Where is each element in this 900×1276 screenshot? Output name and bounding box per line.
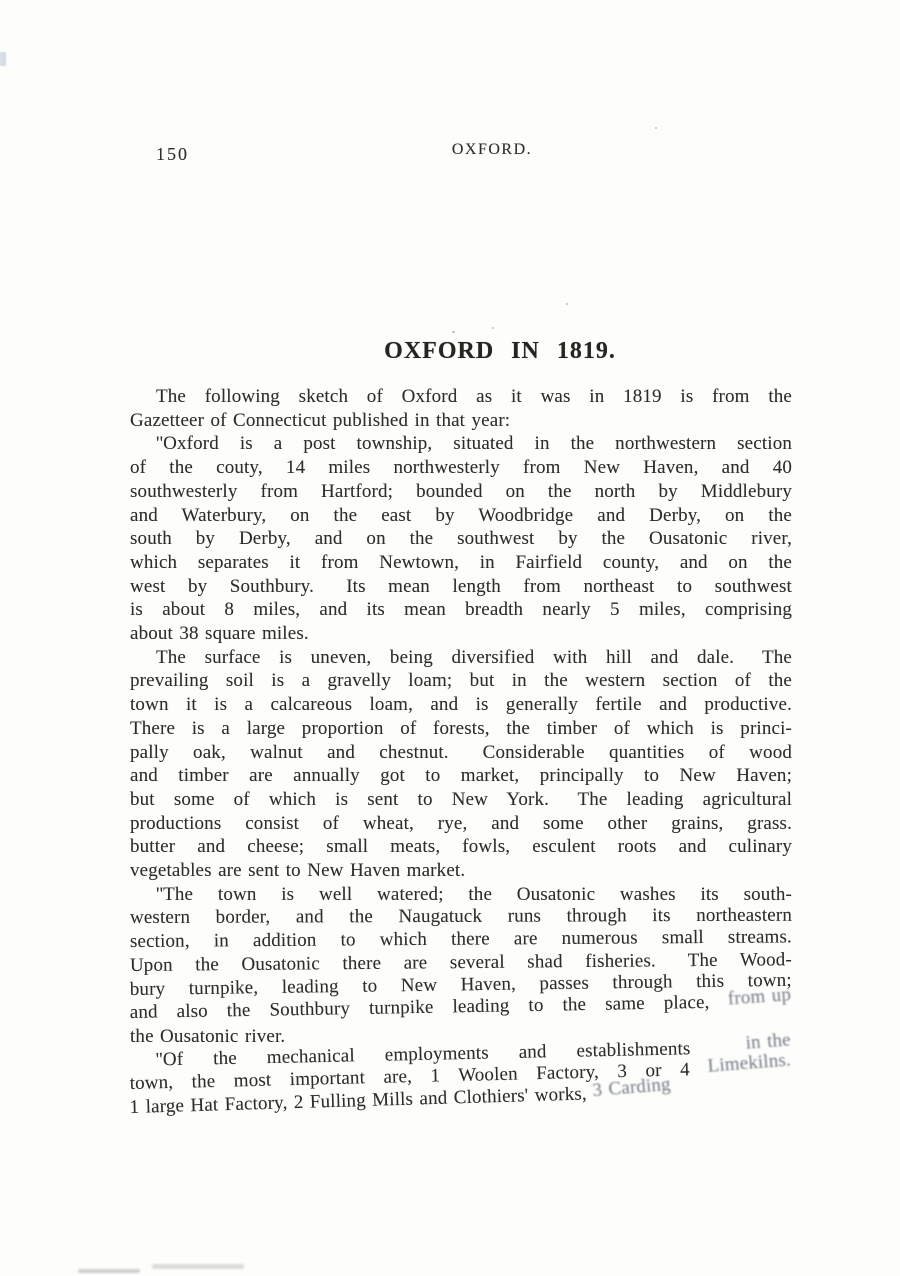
paragraph: ''Of the mechanical employments and esta… [130, 1049, 792, 1120]
text-line-content: Gazetteer of Connecticut published in th… [130, 410, 510, 431]
text-line-content: pally oak, walnut and chestnut. Consider… [130, 742, 792, 763]
text-line: southwesterly from Hartford; bounded on … [130, 480, 792, 504]
chapter-title: OXFORD IN 1819. [100, 338, 900, 365]
text-line: vegetables are sent to New Haven market. [130, 859, 792, 883]
text-line-content: The following sketch of Oxford as it was… [156, 386, 792, 407]
text-line: There is a large proportion of forests, … [130, 717, 792, 741]
text-line-content: which separates it from Newtown, in Fair… [130, 552, 792, 573]
text-line: and timber are annually got to market, p… [130, 764, 792, 788]
text-line-content: prevailing soil is a gravelly loam; but … [130, 670, 792, 691]
paragraph: The following sketch of Oxford as it was… [130, 385, 792, 432]
text-line-content: There is a large proportion of forests, … [130, 718, 792, 739]
text-line-content: butter and cheese; small meats, fowls, e… [130, 836, 792, 857]
running-header: OXFORD. [84, 141, 900, 159]
text-line: The surface is uneven, being diversified… [130, 646, 792, 670]
text-line-content: southwesterly from Hartford; bounded on … [130, 481, 792, 502]
text-line: south by Derby, and on the southwest by … [130, 527, 792, 551]
scan-speck [566, 303, 568, 305]
scan-speck [655, 127, 657, 129]
text-line-content: western border, and the Naugatuck runs t… [130, 905, 792, 928]
scanned-book-page: 150 OXFORD. OXFORD IN 1819. The followin… [0, 0, 900, 1276]
text-line: butter and cheese; small meats, fowls, e… [130, 835, 792, 859]
faded-print: Limekilns. [706, 1049, 791, 1079]
scan-speck [492, 327, 494, 329]
text-line: of the couty, 14 miles northwesterly fro… [130, 456, 792, 480]
text-line-content: but some of which is sent to New York. T… [130, 789, 792, 810]
scan-edge-mark [0, 52, 6, 66]
text-line-content: the Ousatonic river. [130, 1026, 285, 1047]
text-line: ''The town is well watered; the Ousatoni… [130, 883, 792, 907]
text-line-content: west by Southbury. Its mean length from … [130, 576, 792, 597]
text-line: town it is a calcareous loam, and is gen… [130, 693, 792, 717]
text-line-content: of the couty, 14 miles northwesterly fro… [130, 457, 792, 478]
text-line: which separates it from Newtown, in Fair… [130, 551, 792, 575]
text-line: productions consist of wheat, rye, and s… [130, 812, 792, 836]
text-line-content: productions consist of wheat, rye, and s… [130, 813, 792, 834]
text-line-content: town it is a calcareous loam, and is gen… [130, 694, 792, 715]
text-line-content: ''Oxford is a post township, situated in… [156, 433, 792, 454]
text-line: prevailing soil is a gravelly loam; but … [130, 669, 792, 693]
text-block: The following sketch of Oxford as it was… [130, 385, 792, 1120]
paragraph: The surface is uneven, being diversified… [130, 646, 792, 883]
text-line-content: and timber are annually got to market, p… [130, 765, 792, 786]
text-line: pally oak, walnut and chestnut. Consider… [130, 741, 792, 765]
text-line: Gazetteer of Connecticut published in th… [130, 409, 792, 433]
text-line: The following sketch of Oxford as it was… [130, 385, 792, 409]
scan-smudge [152, 1264, 244, 1269]
faded-print: 3 Carding [591, 1073, 671, 1103]
text-line-content: vegetables are sent to New Haven market. [130, 860, 465, 881]
text-line-content: and Waterbury, on the east by Woodbridge… [130, 505, 792, 526]
text-line-content: ''The town is well watered; the Ousatoni… [156, 884, 792, 905]
text-line-content: is about 8 miles, and its mean breadth n… [130, 599, 792, 620]
text-line-content: south by Derby, and on the southwest by … [130, 528, 792, 549]
text-line: and Waterbury, on the east by Woodbridge… [130, 504, 792, 528]
text-line: ''Oxford is a post township, situated in… [130, 432, 792, 456]
text-line: but some of which is sent to New York. T… [130, 788, 792, 812]
faded-print: from up [727, 983, 792, 1011]
paragraph: ''Oxford is a post township, situated in… [130, 432, 792, 645]
scan-speck [452, 331, 455, 333]
text-line-content: The surface is uneven, being diversified… [156, 647, 792, 668]
paragraph: ''The town is well watered; the Ousatoni… [130, 883, 792, 1049]
text-line: west by Southbury. Its mean length from … [130, 575, 792, 599]
scan-smudge [78, 1269, 140, 1273]
text-line-content: about 38 square miles. [130, 623, 309, 644]
text-line: about 38 square miles. [130, 622, 792, 646]
text-line: is about 8 miles, and its mean breadth n… [130, 598, 792, 622]
